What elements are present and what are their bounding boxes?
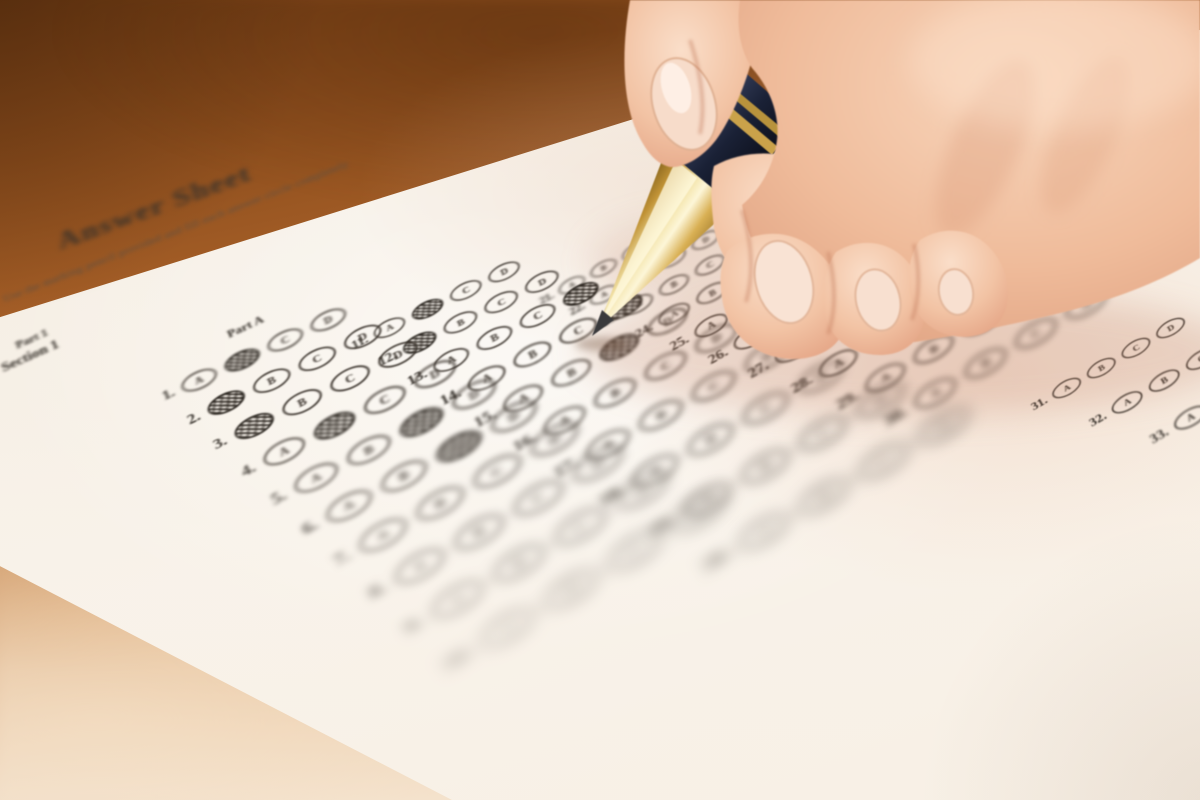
photo-scene: Answer Sheet Use the marking pencil prov…: [0, 0, 1200, 800]
answer-sheet-paper: [0, 0, 1200, 800]
sheet-title: Answer Sheet: [53, 159, 255, 256]
